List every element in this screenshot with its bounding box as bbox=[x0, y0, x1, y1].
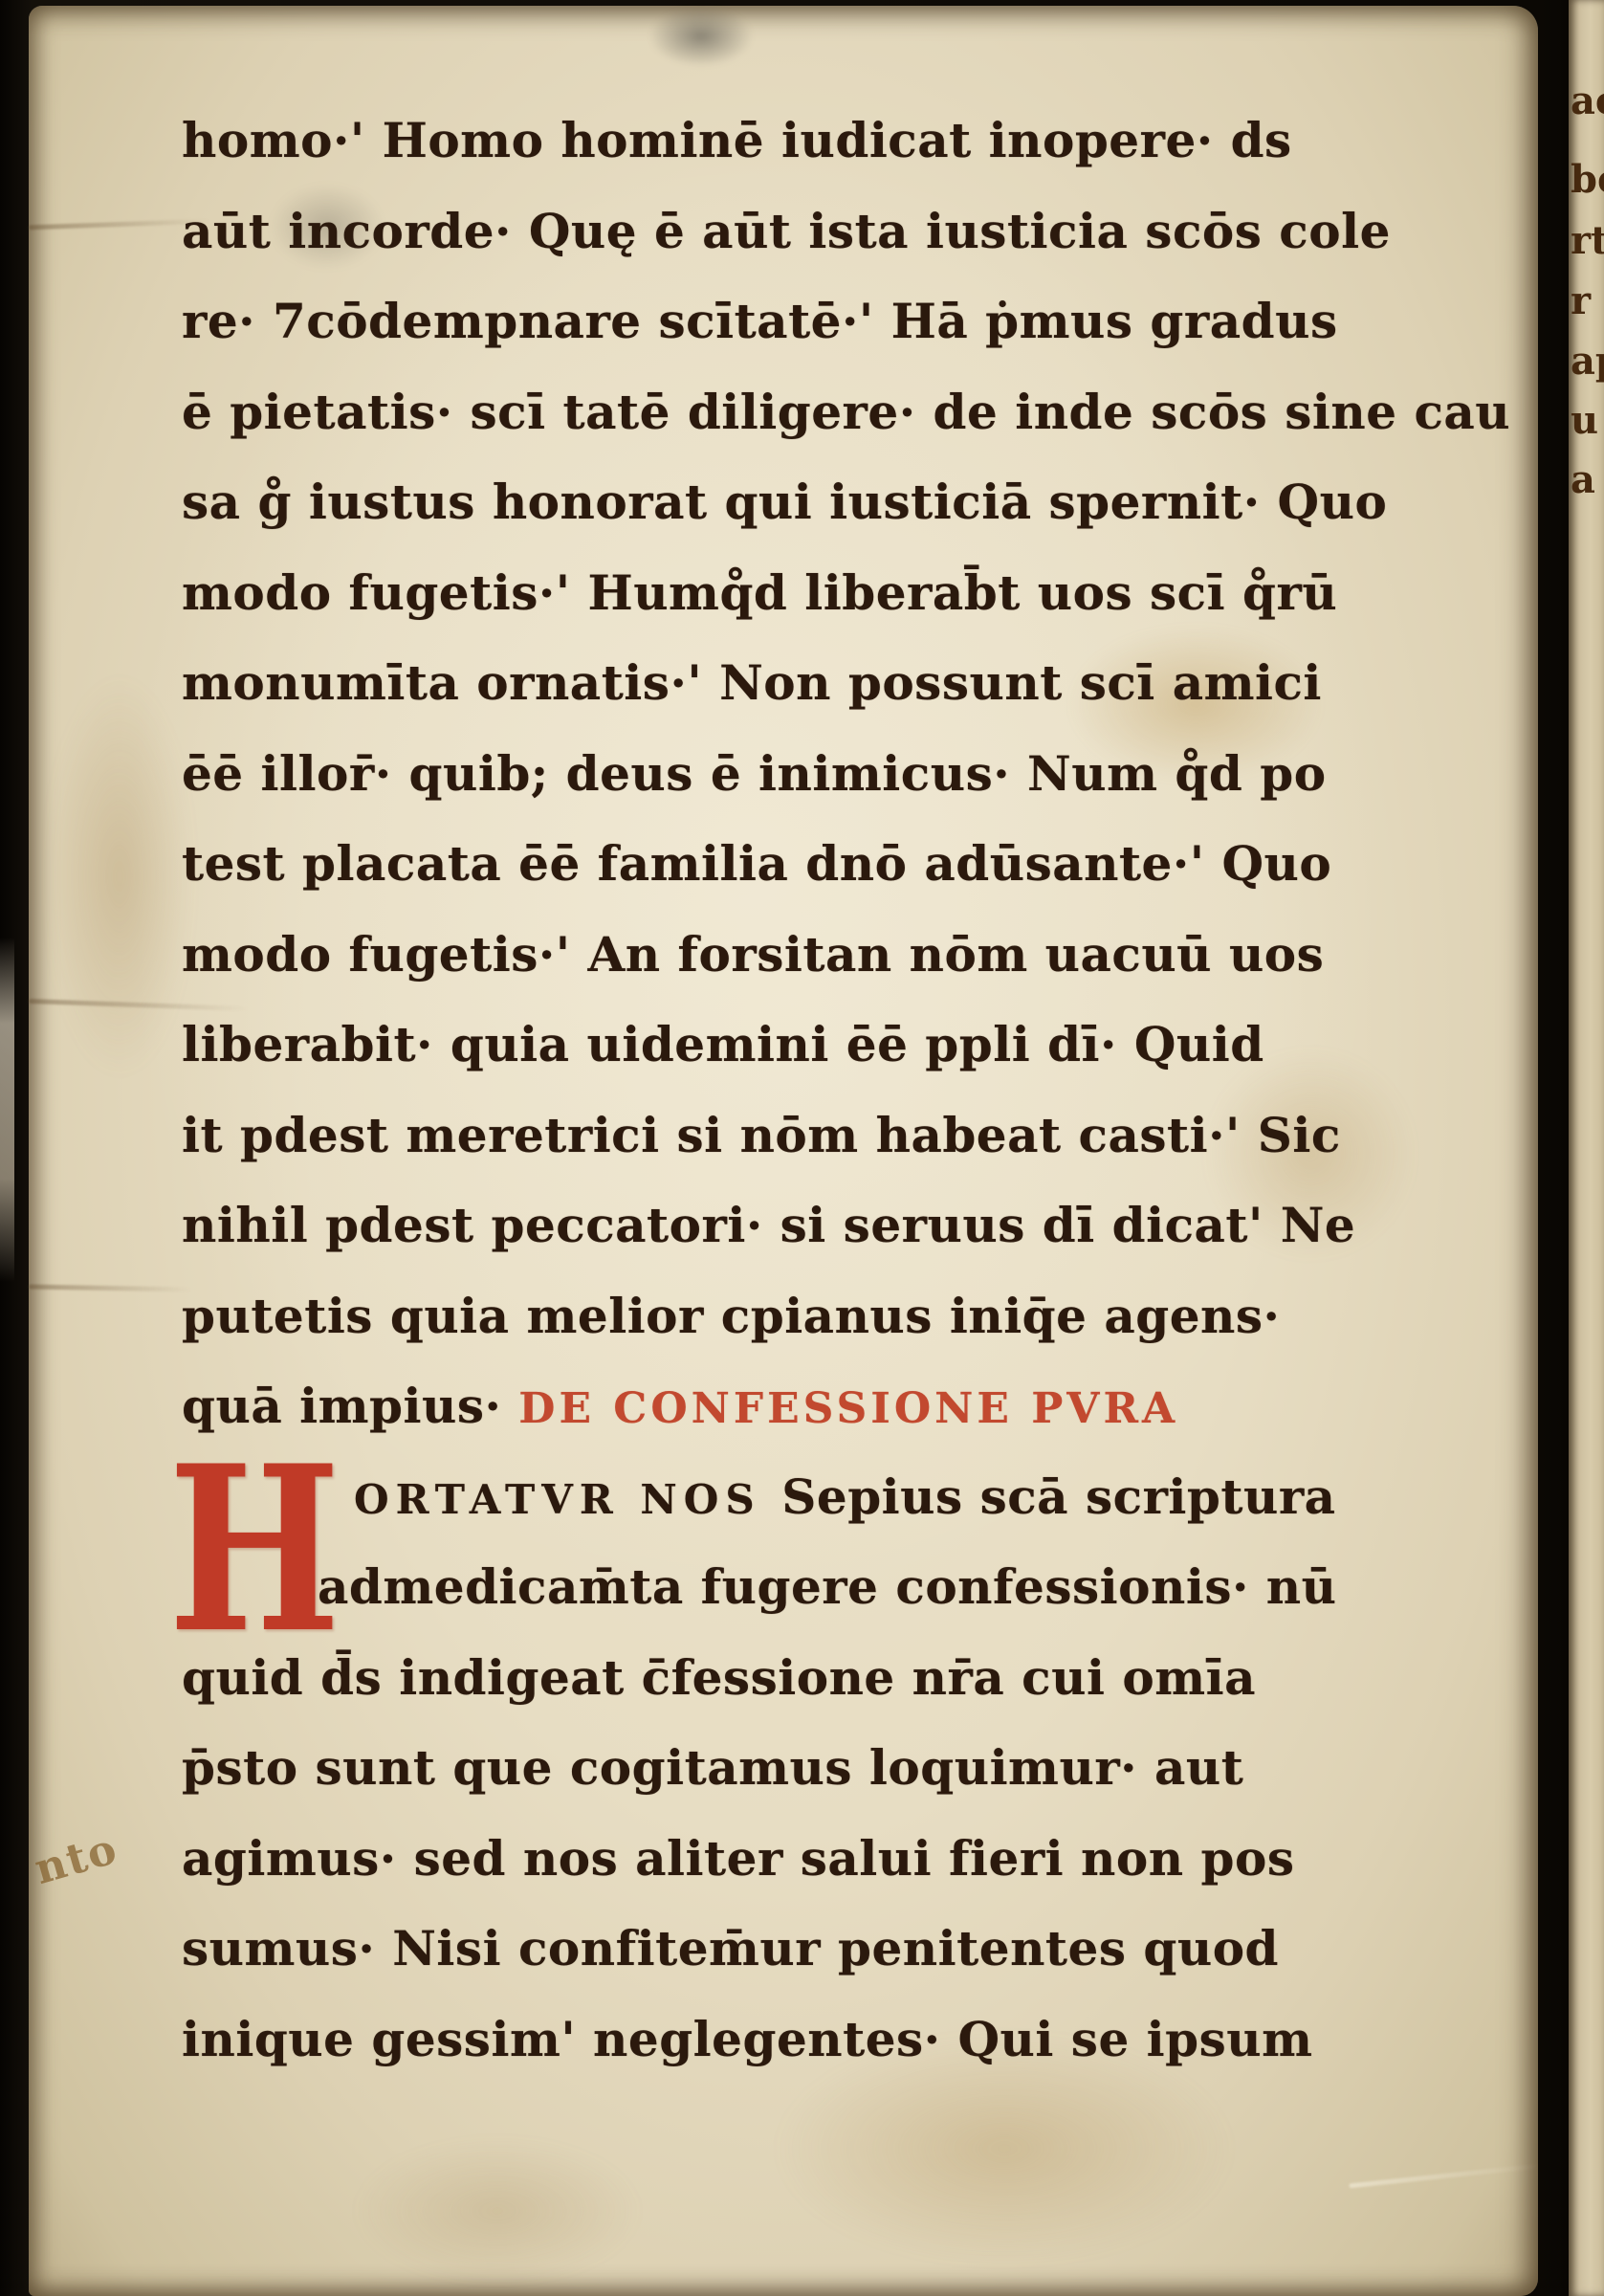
line-text: modo fugetis·' Humq̊d liberab̄t uos scī … bbox=[182, 564, 1337, 621]
under-page-edge bbox=[0, 938, 14, 1282]
line-text: nihil pdest peccatori· si seruus dī dica… bbox=[182, 1197, 1355, 1253]
line-text: quid d̄s indigeat c̄fessione nr̄a cui om… bbox=[182, 1649, 1256, 1706]
facing-page-text-fragment: ap bbox=[1571, 342, 1604, 381]
text-line: it pdest meretrici si nōm habeat casti·'… bbox=[182, 1091, 1425, 1181]
line-text: liberabit· quia uidemini ēē ppli dī· Qui… bbox=[182, 1016, 1264, 1072]
margin-gloss: nto bbox=[30, 1824, 123, 1894]
facing-page-text-fragment: be bbox=[1571, 161, 1604, 199]
text-line: liberabit· quia uidemini ēē ppli dī· Qui… bbox=[182, 1000, 1425, 1091]
text-line: p̄sto sunt que cogitamus loquimur· aut bbox=[182, 1723, 1425, 1814]
line-text: sumus· Nisi confitem̄ur penitentes quod bbox=[182, 1920, 1279, 1976]
manuscript-page: H homo·' Homo hominē iudicat inopere· ds… bbox=[29, 6, 1538, 2296]
line-text: homo·' Homo hominē iudicat inopere· ds bbox=[182, 112, 1292, 168]
facing-page-text-fragment: a bbox=[1571, 461, 1595, 499]
parchment-wrinkle bbox=[1349, 2164, 1539, 2189]
line-text: inique gessim' neglegentes· Qui se ipsum bbox=[182, 2011, 1313, 2067]
text-line: sumus· Nisi confitem̄ur penitentes quod bbox=[182, 1904, 1425, 1995]
bottom-stain bbox=[354, 2139, 641, 2283]
line-text: re· 7cōdempnare scītatē·' Hā ṗmus gradus bbox=[182, 293, 1338, 349]
text-line: quid d̄s indigeat c̄fessione nr̄a cui om… bbox=[182, 1633, 1425, 1724]
line-text: Sepius scā scriptura bbox=[781, 1468, 1335, 1525]
line-text: agimus· sed nos aliter salui fieri non p… bbox=[182, 1830, 1294, 1887]
line-text: putetis quia melior cpianus iniq̄e agens… bbox=[182, 1288, 1280, 1344]
line-text: ēē illor̄· quib; deus ē inimicus· Num q̊… bbox=[182, 745, 1327, 802]
text-line: test placata ēē familia dnō adūsante·' Q… bbox=[182, 819, 1425, 910]
rubric-title: DE CONFESSIONE PVRA bbox=[518, 1384, 1178, 1433]
text-line: agimus· sed nos aliter salui fieri non p… bbox=[182, 1814, 1425, 1905]
text-line: monumīta ornatis·' Non possunt scī amici bbox=[182, 638, 1425, 729]
text-line: inique gessim' neglegentes· Qui se ipsum bbox=[182, 1995, 1425, 2086]
photo-frame: H homo·' Homo hominē iudicat inopere· ds… bbox=[0, 0, 1604, 2296]
manuscript-text-block: homo·' Homo hominē iudicat inopere· dsaū… bbox=[182, 96, 1425, 2085]
line-text: ORTATVR NOS bbox=[354, 1476, 781, 1523]
ink-smudge-stain bbox=[648, 6, 754, 67]
text-line: ēē illor̄· quib; deus ē inimicus· Num q̊… bbox=[182, 729, 1425, 820]
text-line: quā impius· DE CONFESSIONE PVRA bbox=[182, 1361, 1425, 1452]
text-line: nihil pdest peccatori· si seruus dī dica… bbox=[182, 1181, 1425, 1271]
text-line: ē pietatis· scī tatē diligere· de inde s… bbox=[182, 367, 1425, 458]
line-text: quā impius· bbox=[182, 1378, 518, 1434]
facing-page-text-fragment: ac bbox=[1571, 82, 1604, 121]
line-text: ē pietatis· scī tatē diligere· de inde s… bbox=[182, 384, 1510, 440]
facing-page-sliver: acbertrapua bbox=[1569, 0, 1604, 2296]
text-line: modo fugetis·' Humq̊d liberab̄t uos scī … bbox=[182, 548, 1425, 639]
text-line: re· 7cōdempnare scītatē·' Hā ṗmus gradus bbox=[182, 276, 1425, 367]
text-line: admedicam̄ta fugere confessionis· nū bbox=[182, 1542, 1425, 1633]
line-text: sa g̊ iustus honorat qui iusticiā sperni… bbox=[182, 474, 1387, 530]
line-text: test placata ēē familia dnō adūsante·' Q… bbox=[182, 835, 1331, 892]
line-text: modo fugetis·' An forsitan nōm uacuū uos bbox=[182, 926, 1324, 982]
line-text: monumīta ornatis·' Non possunt scī amici bbox=[182, 654, 1322, 711]
text-line: ORTATVR NOS Sepius scā scriptura bbox=[182, 1452, 1425, 1543]
text-line: putetis quia melior cpianus iniq̄e agens… bbox=[182, 1271, 1425, 1362]
line-text: p̄sto sunt que cogitamus loquimur· aut bbox=[182, 1739, 1243, 1796]
facing-page-text-fragment: u bbox=[1571, 402, 1598, 440]
line-text: aūt incorde· Quę ē aūt ista iusticia scō… bbox=[182, 203, 1391, 259]
facing-page-text-fragment: rt bbox=[1571, 222, 1604, 260]
line-text: admedicam̄ta fugere confessionis· nū bbox=[318, 1558, 1337, 1615]
text-line: sa g̊ iustus honorat qui iusticiā sperni… bbox=[182, 457, 1425, 548]
text-line: homo·' Homo hominē iudicat inopere· ds bbox=[182, 96, 1425, 187]
text-line: modo fugetis·' An forsitan nōm uacuū uos bbox=[182, 910, 1425, 1001]
line-text: it pdest meretrici si nōm habeat casti·'… bbox=[182, 1107, 1341, 1163]
parchment-crease bbox=[29, 1285, 191, 1292]
text-line: aūt incorde· Quę ē aūt ista iusticia scō… bbox=[182, 187, 1425, 277]
margin-stain bbox=[48, 675, 191, 1077]
facing-page-text-fragment: r bbox=[1571, 282, 1591, 320]
